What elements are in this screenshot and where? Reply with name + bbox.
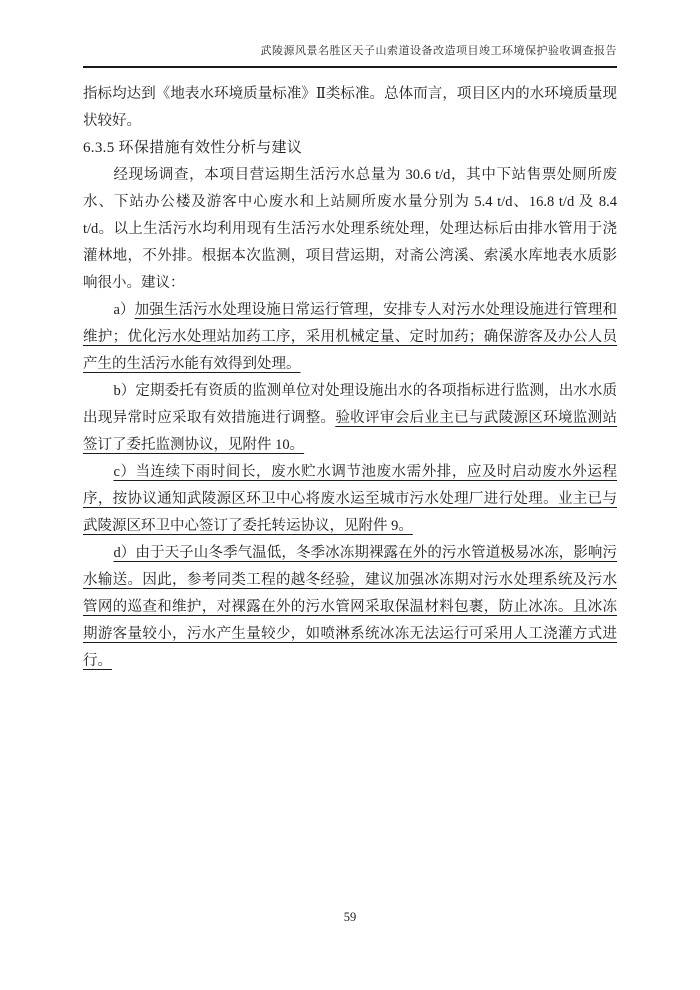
recommendation-a: a）加强生活污水处理设施日常运行管理，安排专人对污水处理设施进行管理和维护；优化…: [83, 297, 617, 378]
recommendation-d: d）由于天子山冬季气温低，冬季冰冻期裸露在外的污水管道极易冰冻，影响污水输送。因…: [83, 540, 617, 675]
recommendation-c-text: c）当连续下雨时间长，废水贮水调节池废水需外排，应及时启动废水外运程序，按协议通…: [83, 464, 617, 534]
running-header-text: 武陵源风景名胜区天子山索道设备改造项目竣工环境保护验收调查报告: [261, 45, 618, 57]
running-header: 武陵源风景名胜区天子山索道设备改造项目竣工环境保护验收调查报告: [83, 44, 617, 68]
recommendation-b: b）定期委托有资质的监测单位对处理设施出水的各项指标进行监测，出水水质出现异常时…: [83, 378, 617, 459]
page-content: 武陵源风景名胜区天子山索道设备改造项目竣工环境保护验收调查报告 指标均达到《地表…: [0, 0, 700, 675]
recommendation-a-text: 加强生活污水处理设施日常运行管理，安排专人对污水处理设施进行管理和维护；优化污水…: [83, 302, 617, 372]
intro-paragraph: 指标均达到《地表水环境质量标准》Ⅱ类标准。总体而言，项目区内的水环境质量现状较好…: [83, 81, 617, 135]
recommendation-d-text: d）由于天子山冬季气温低，冬季冰冻期裸露在外的污水管道极易冰冻，影响污水输送。因…: [83, 545, 617, 669]
section-heading: 6.3.5 环保措施有效性分析与建议: [83, 135, 617, 162]
page-number: 59: [0, 910, 700, 925]
document-page: 武陵源风景名胜区天子山索道设备改造项目竣工环境保护验收调查报告 指标均达到《地表…: [0, 0, 700, 990]
recommendation-c: c）当连续下雨时间长，废水贮水调节池废水需外排，应及时启动废水外运程序，按协议通…: [83, 459, 617, 540]
recommendation-a-label: a）: [113, 302, 134, 318]
document-body: 指标均达到《地表水环境质量标准》Ⅱ类标准。总体而言，项目区内的水环境质量现状较好…: [83, 81, 617, 675]
survey-paragraph: 经现场调查，本项目营运期生活污水总量为 30.6 t/d，其中下站售票处厕所废水…: [83, 162, 617, 297]
